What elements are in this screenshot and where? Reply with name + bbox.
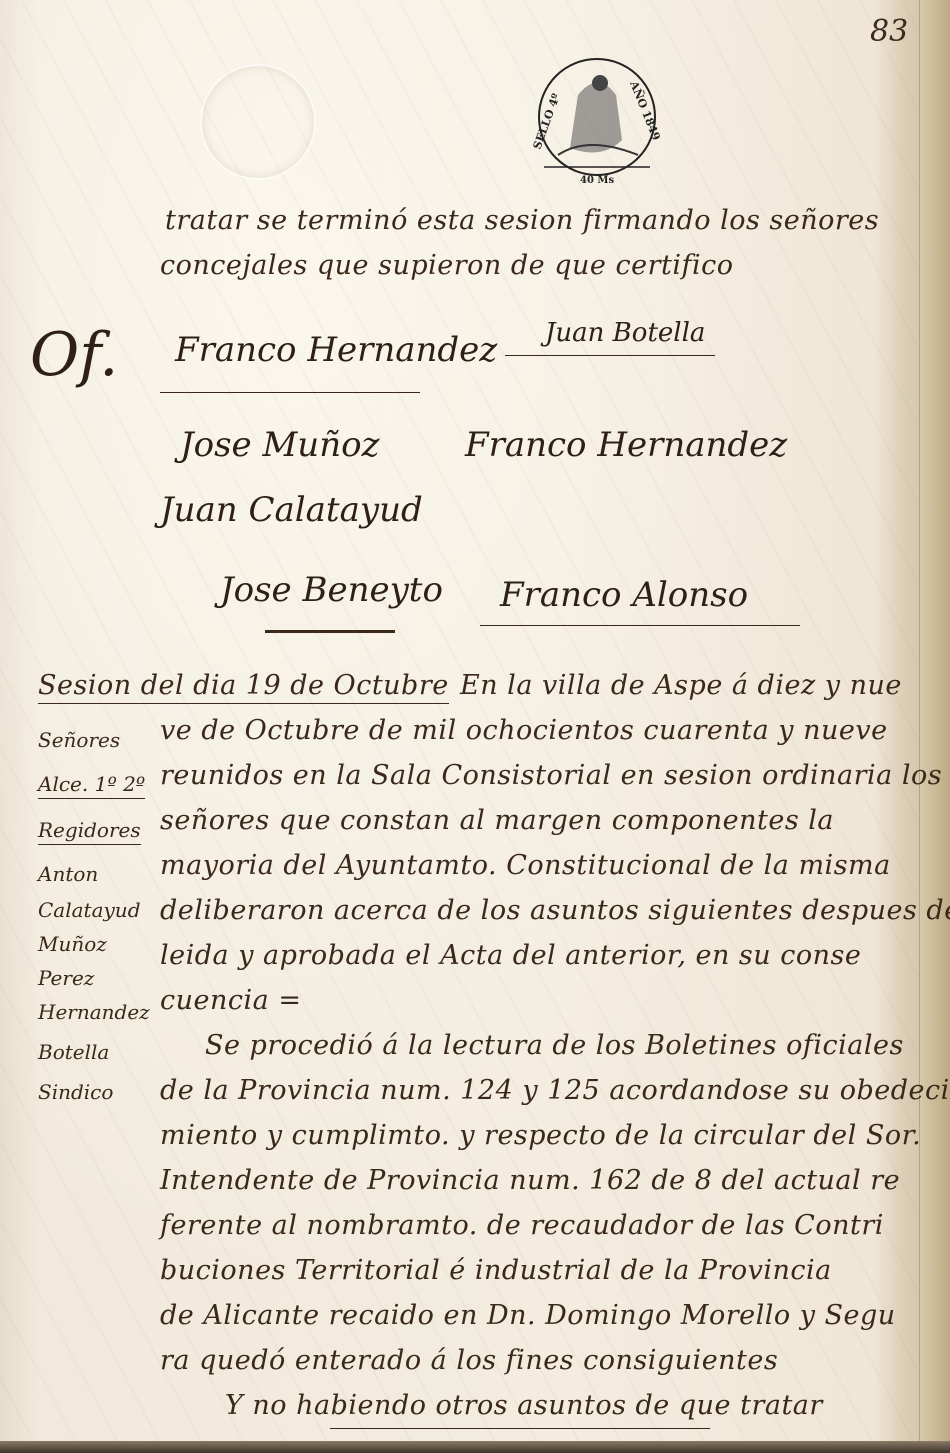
- signature: Juan Botella: [545, 318, 705, 348]
- session-heading: Sesion del dia 19 de Octubre: [38, 670, 449, 701]
- margin-attendee: Muñoz: [38, 932, 107, 956]
- margin-attendee: Hernandez: [38, 1000, 150, 1024]
- signature: Franco Hernandez: [465, 425, 787, 465]
- body-line: deliberaron acerca de los asuntos siguie…: [160, 895, 950, 926]
- svg-text:AÑO 1849: AÑO 1849: [627, 78, 664, 142]
- body-line: Y no habiendo otros asuntos de que trata…: [225, 1390, 823, 1421]
- manuscript-page: 83 SELLO 4º AÑO 1849 40 Ms tratar se ter…: [0, 0, 950, 1453]
- body-line: de la Provincia num. 124 y 125 acordando…: [160, 1075, 950, 1106]
- margin-attendee: Anton: [38, 862, 98, 886]
- body-line: buciones Territorial é industrial de la …: [160, 1255, 832, 1286]
- signature: Juan Calatayud: [160, 490, 423, 530]
- signature: Franco Alonso: [500, 575, 748, 615]
- body-line: señores que constan al margen componente…: [160, 805, 834, 836]
- closing-line-1: tratar se terminó esta sesion firmando l…: [165, 205, 879, 236]
- body-line: miento y cumplimto. y respecto de la cir…: [160, 1120, 921, 1151]
- margin-attendee: Calatayud: [38, 898, 141, 922]
- margin-attendee: Sindico: [38, 1080, 113, 1104]
- body-line: En la villa de Aspe á diez y nue: [460, 670, 902, 701]
- signature: Franco Hernandez: [175, 330, 497, 370]
- closing-flourish: [330, 1428, 710, 1429]
- body-line: ferente al nombramto. de recaudador de l…: [160, 1210, 884, 1241]
- margin-mark: Of.: [30, 320, 118, 390]
- body-line: reunidos en la Sala Consistorial en sesi…: [160, 760, 942, 791]
- signature-flourish: [480, 625, 800, 626]
- svg-text:40 Ms: 40 Ms: [580, 175, 614, 186]
- book-spine-edge: [919, 0, 950, 1453]
- body-line: de Alicante recaido en Dn. Domingo Morel…: [160, 1300, 896, 1331]
- body-line: leida y aprobada el Acta del anterior, e…: [160, 940, 861, 971]
- body-line: ra quedó enterado á los fines consiguien…: [160, 1345, 778, 1376]
- margin-attendee: Botella: [38, 1040, 109, 1064]
- embossed-seal: [200, 64, 316, 180]
- body-line: Se procedió á la lectura de los Boletine…: [205, 1030, 904, 1061]
- body-line: ve de Octubre de mil ochocientos cuarent…: [160, 715, 888, 746]
- margin-attendee: Señores: [38, 728, 120, 752]
- folio-number: 83: [870, 14, 908, 49]
- signature-flourish: [160, 392, 420, 393]
- signature: Jose Muñoz: [180, 425, 379, 465]
- body-line: mayoria del Ayuntamto. Constitucional de…: [160, 850, 891, 881]
- signature: Jose Beneyto: [220, 570, 443, 610]
- body-line: Intendente de Provincia num. 162 de 8 de…: [160, 1165, 900, 1196]
- signature-flourish: [505, 355, 715, 356]
- page-bottom-edge: [0, 1441, 950, 1453]
- signature-flourish: [265, 630, 395, 633]
- closing-line-2: concejales que supieron de que certifico: [160, 250, 733, 281]
- margin-attendee: Regidores: [38, 818, 141, 842]
- revenue-stamp-icon: SELLO 4º AÑO 1849 40 Ms: [518, 55, 676, 193]
- body-line: cuencia =: [160, 985, 301, 1016]
- margin-attendee: Alce. 1º 2º: [38, 772, 145, 796]
- svg-text:SELLO 4º: SELLO 4º: [531, 91, 563, 151]
- margin-attendee: Perez: [38, 966, 94, 990]
